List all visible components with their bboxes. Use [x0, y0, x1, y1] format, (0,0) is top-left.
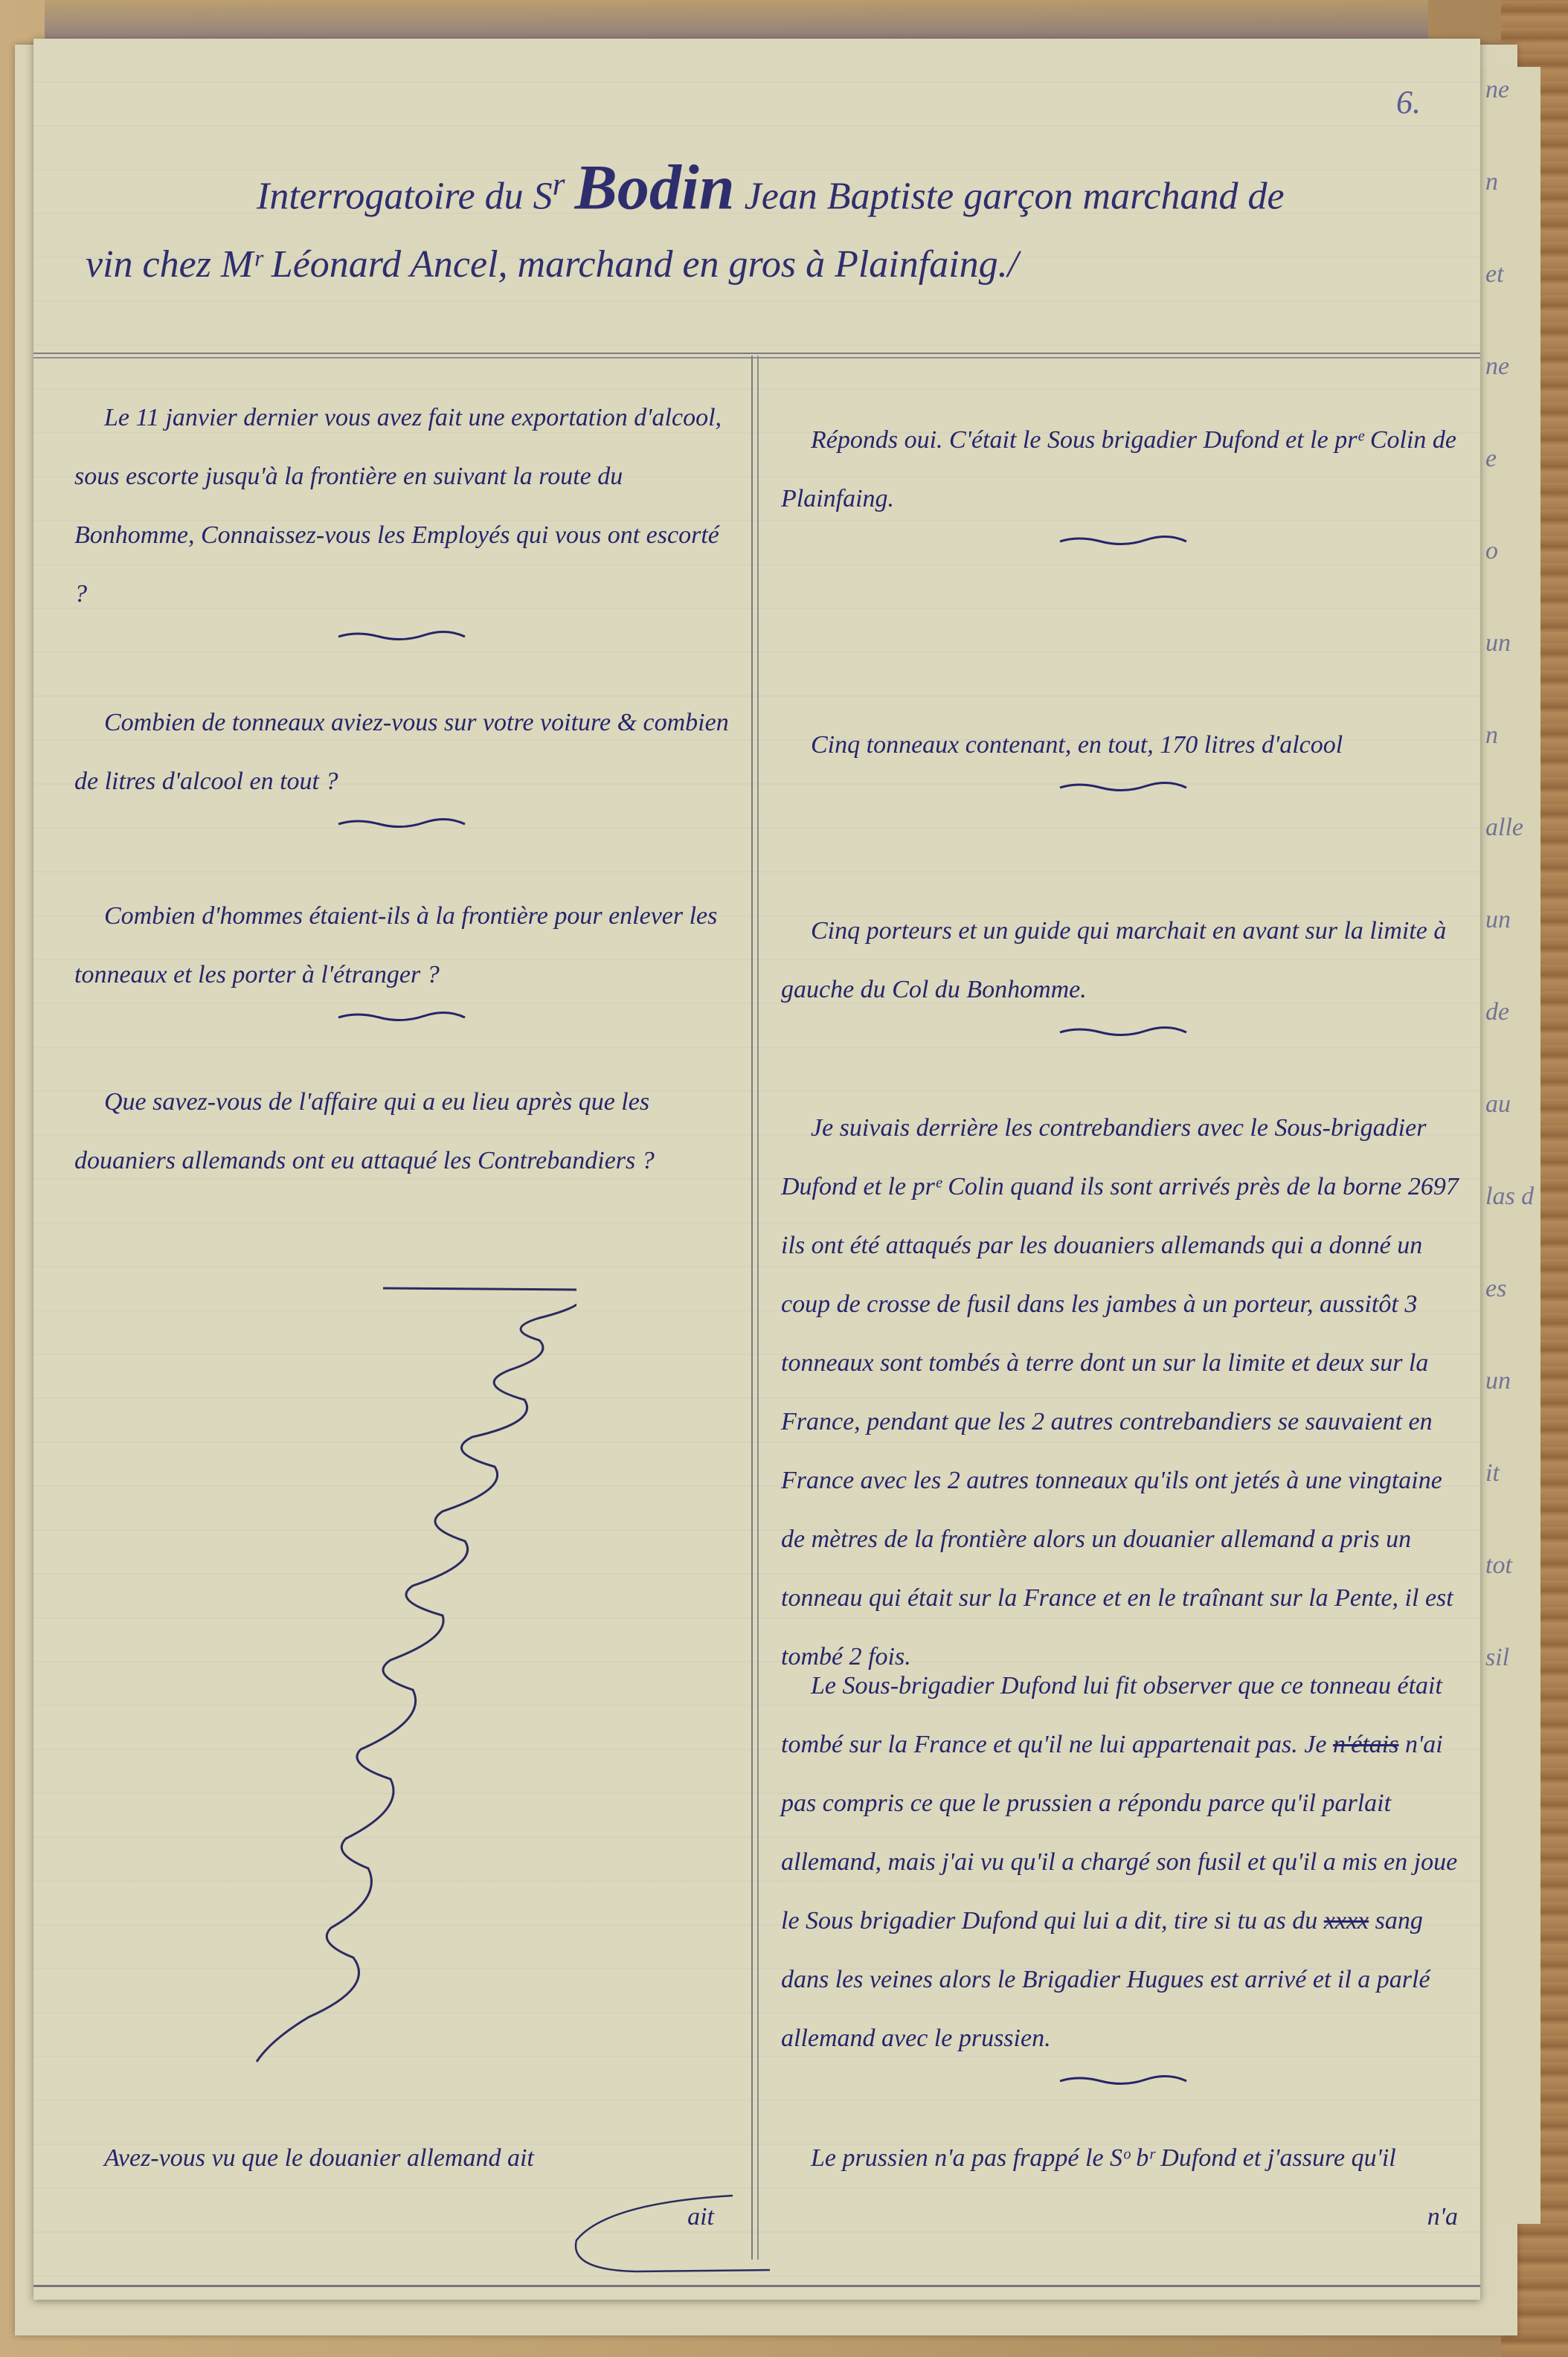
question-text: Combien d'hommes étaient-ils à la fronti… [74, 887, 729, 1004]
question-4: Que savez-vous de l'affaire qui a eu lie… [74, 1073, 729, 1190]
flourish-divider-icon [1056, 779, 1190, 794]
struck-word: n'étais [1333, 1731, 1399, 1758]
flourish-divider-icon [1056, 1023, 1190, 1038]
answer-2: Cinq tonneaux contenant, en tout, 170 li… [781, 716, 1465, 794]
title-suffix: Jean Baptiste garçon marchand de [745, 175, 1285, 217]
question-text: Que savez-vous de l'affaire qui a eu lie… [74, 1073, 729, 1190]
answer-5: Le Sous-brigadier Dufond lui fit observe… [781, 1656, 1465, 2087]
document-title: Interrogatoire du Sr Bodin Jean Baptiste… [86, 150, 1424, 299]
answer-continuation: n'a [781, 2187, 1465, 2246]
answer-text: Réponds oui. C'était le Sous brigadier D… [781, 411, 1465, 528]
flourish-divider-icon [1056, 533, 1190, 547]
answer-6: Le prussien n'a pas frappé le Sᵒ bʳ Dufo… [781, 2129, 1465, 2246]
answer-3: Cinq porteurs et un guide qui marchait e… [781, 901, 1465, 1038]
column-divider [751, 356, 759, 2260]
question-text: Combien de tonneaux aviez-vous sur votre… [74, 693, 729, 811]
manuscript-page: 6. Interrogatoire du Sr Bodin Jean Bapti… [33, 39, 1480, 2300]
flourish-divider-icon [335, 815, 469, 830]
answer-text-part: n'ai pas compris ce que le prussien a ré… [781, 1731, 1457, 1935]
question-text: Avez-vous vu que le douanier allemand ai… [74, 2129, 729, 2187]
answer-text: Cinq tonneaux contenant, en tout, 170 li… [781, 716, 1465, 774]
blank-space-filler-stroke-icon [227, 1273, 576, 2091]
answer-text: Le Sous-brigadier Dufond lui fit observe… [781, 1656, 1465, 2068]
flourish-divider-icon [335, 628, 469, 643]
title-prefix: Interrogatoire du S [257, 175, 553, 217]
struck-word: xxxx [1324, 1907, 1369, 1935]
question-2: Combien de tonneaux aviez-vous sur votre… [74, 693, 729, 830]
defendant-name: Bodin [575, 151, 735, 222]
answer-4: Je suivais derrière les contrebandiers a… [781, 1099, 1465, 1686]
title-line-2: vin chez Mʳ Léonard Ancel, marchand en g… [86, 231, 1424, 299]
flourish-divider-icon [335, 1009, 469, 1023]
title-line-1: Interrogatoire du Sr Bodin Jean Baptiste… [86, 150, 1424, 231]
answer-text: Le prussien n'a pas frappé le Sᵒ bʳ Dufo… [781, 2129, 1465, 2187]
answer-text: Cinq porteurs et un guide qui marchait e… [781, 901, 1465, 1019]
answer-1: Réponds oui. C'était le Sous brigadier D… [781, 411, 1465, 547]
footer-rule [33, 2285, 1480, 2287]
question-3: Combien d'hommes étaient-ils à la fronti… [74, 887, 729, 1023]
title-superscript: r [553, 167, 565, 202]
question-text: Le 11 janvier dernier vous avez fait une… [74, 388, 729, 623]
flourish-divider-icon [1056, 2072, 1190, 2087]
answer-text: Je suivais derrière les contrebandiers a… [781, 1099, 1465, 1686]
question-1: Le 11 janvier dernier vous avez fait une… [74, 388, 729, 643]
page-number: 6. [1396, 83, 1421, 121]
closing-loop-stroke-icon [547, 2188, 770, 2277]
